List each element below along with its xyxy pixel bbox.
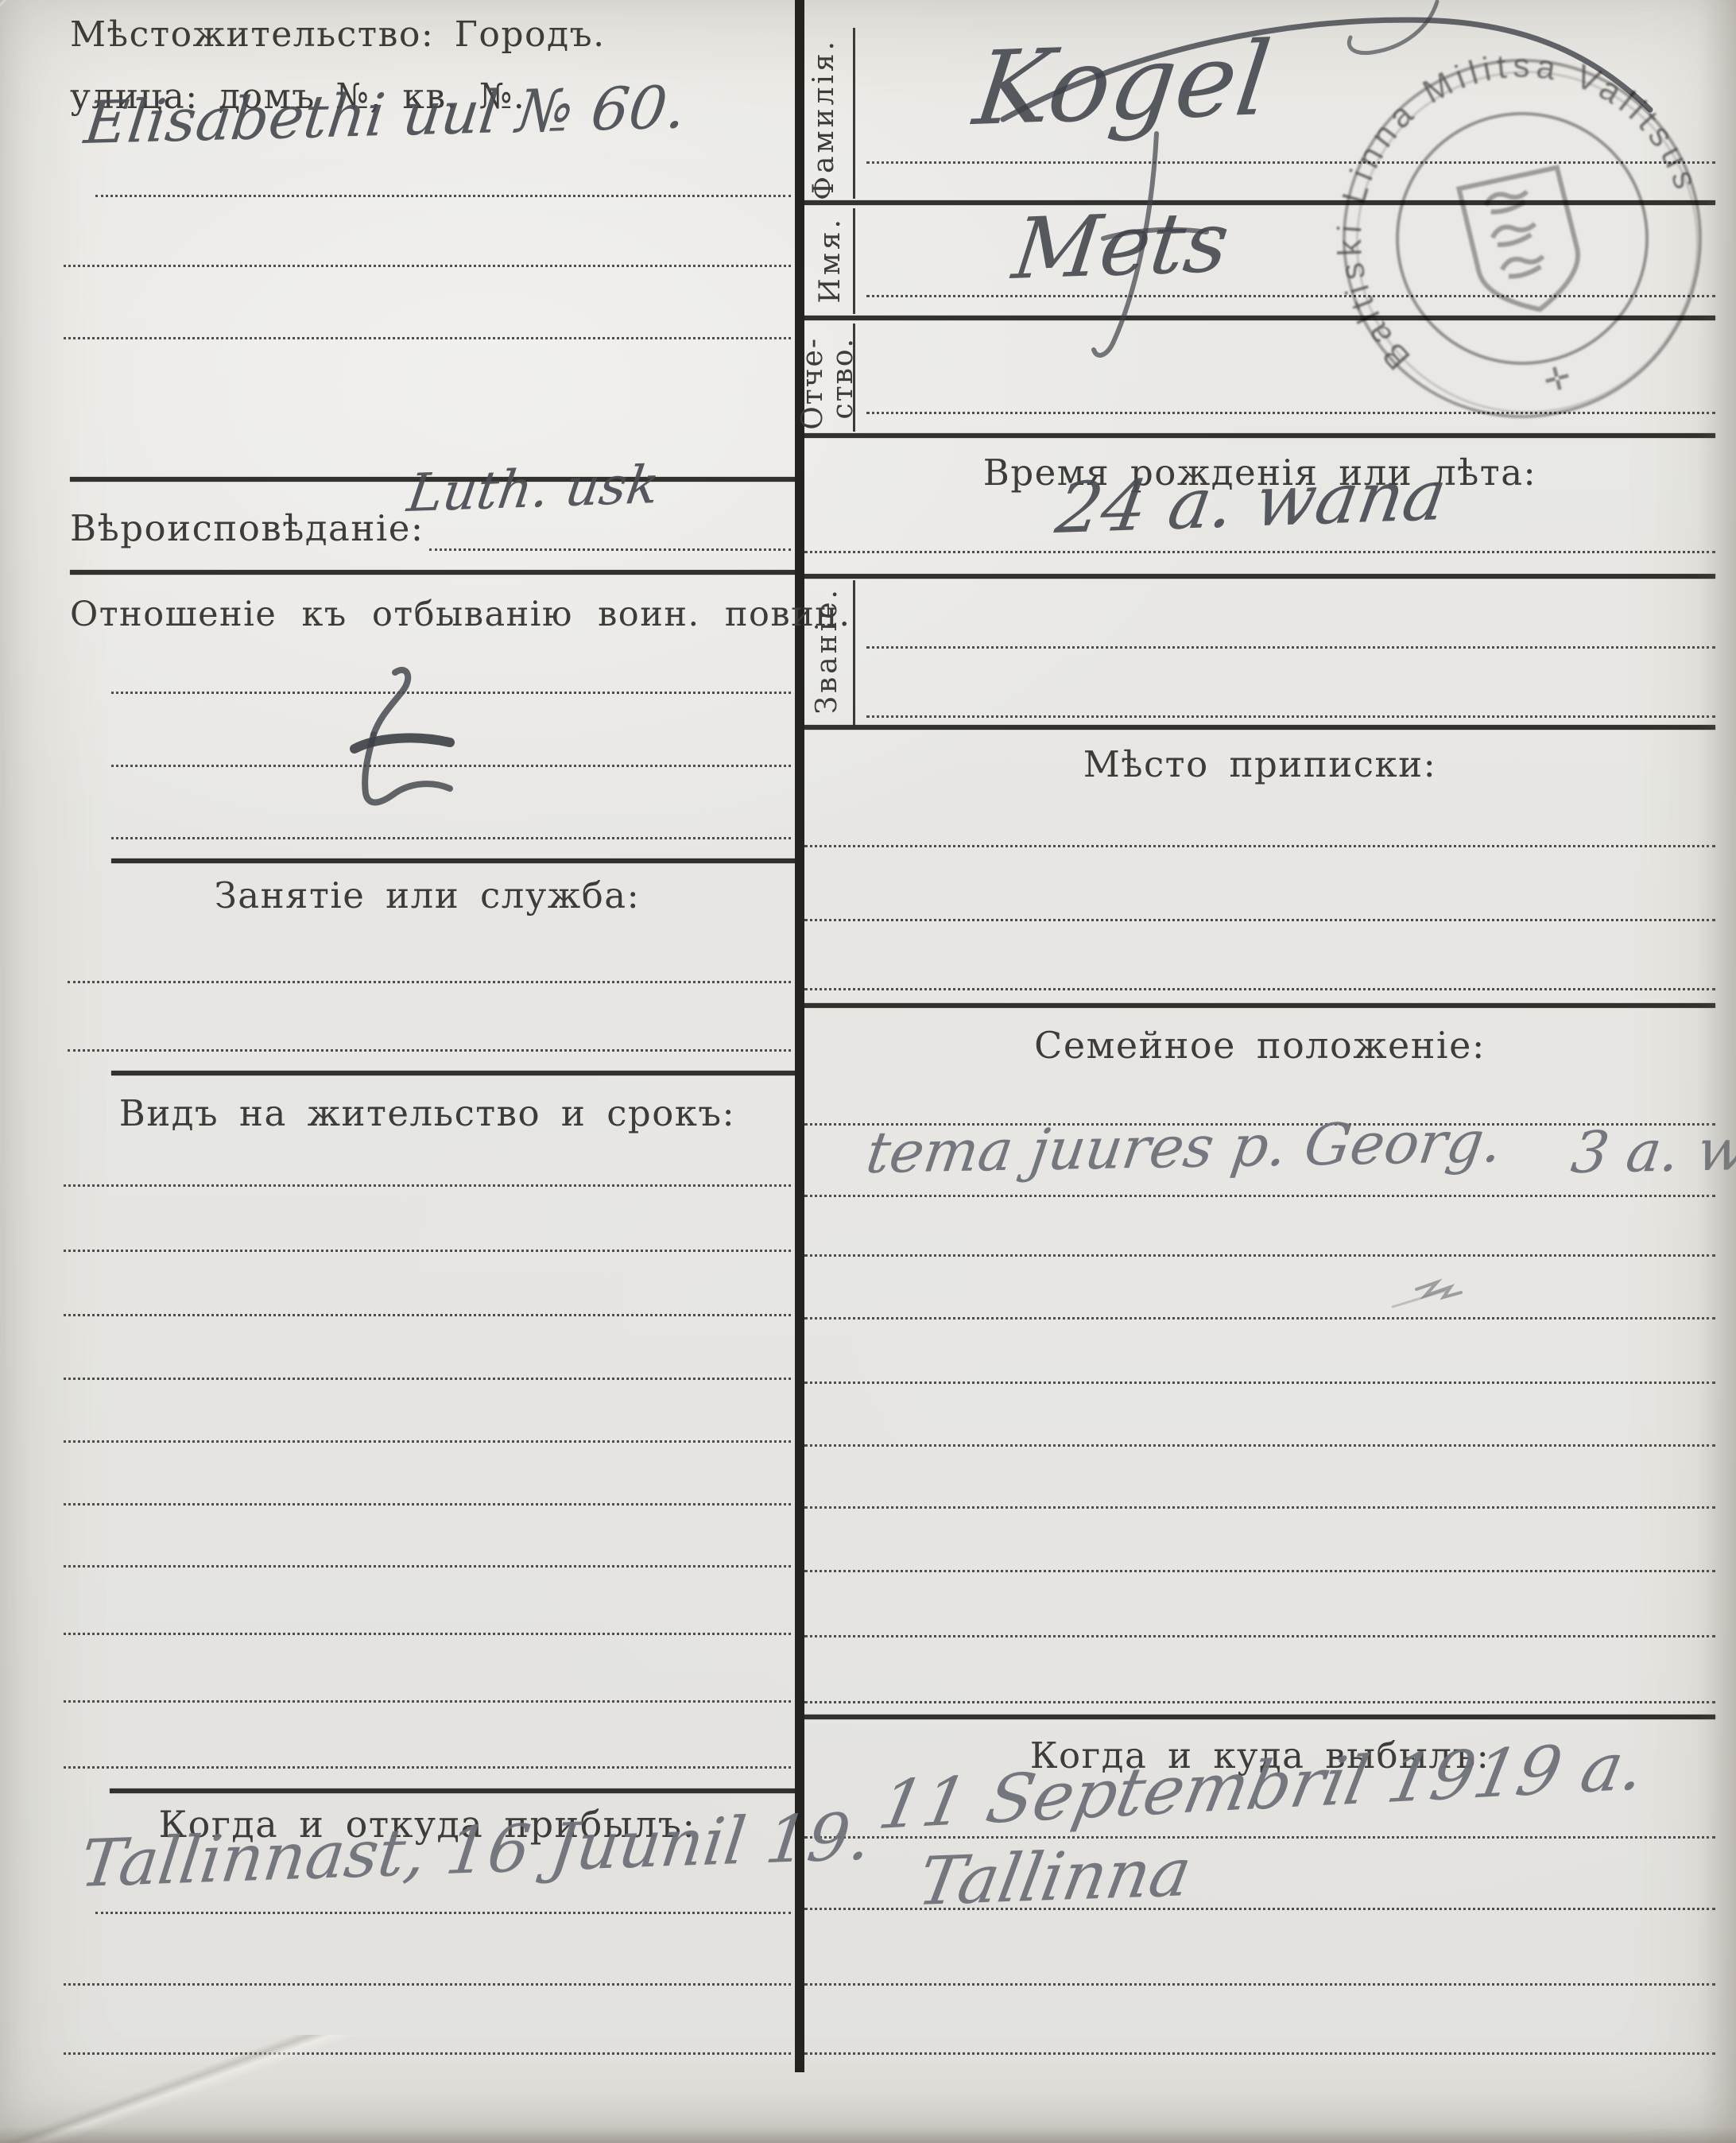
dotted-rule — [804, 1317, 1715, 1320]
residence-label: Мѣстожительство: Городъ. — [70, 14, 606, 55]
birth-entry: 24 a. wana — [1051, 454, 1452, 549]
first-name-label: Имя. — [814, 216, 847, 304]
dotted-rule — [64, 1565, 791, 1568]
solid-rule — [804, 200, 1715, 205]
solid-rule — [804, 316, 1715, 320]
residence-permit-label: Видъ на жительство и срокъ: — [60, 1092, 795, 1134]
dotted-rule — [111, 765, 791, 767]
military-service-mark — [355, 670, 450, 803]
surname-entry: Kogel — [968, 20, 1277, 149]
dotted-rule — [804, 919, 1715, 921]
dotted-rule — [64, 1378, 791, 1380]
dotted-rule — [111, 692, 791, 694]
dotted-rule — [804, 1701, 1715, 1703]
dotted-rule — [804, 1195, 1715, 1197]
dotted-rule — [866, 715, 1715, 718]
dotted-rule — [95, 1912, 791, 1914]
column-divider — [795, 0, 804, 2072]
dotted-rule — [804, 1444, 1715, 1447]
solid-rule — [111, 858, 795, 863]
solid-rule — [804, 1003, 1715, 1008]
dotted-rule — [64, 1633, 791, 1635]
dotted-rule — [804, 2052, 1715, 2055]
bottom-left-crease — [0, 2035, 366, 2143]
patronymic-label-line2: ство. — [827, 337, 859, 419]
dotted-rule — [64, 1314, 791, 1316]
stamp-ring-text: Baltiski Linna Militsa Valitsus — [1289, 6, 1733, 384]
dotted-rule — [866, 161, 1715, 164]
dotted-rule — [804, 1506, 1715, 1509]
right-edge-shadow — [1698, 0, 1736, 2143]
military-service-label: Отношеніе къ отбыванію воин. повин. — [70, 595, 851, 634]
dotted-rule — [804, 1254, 1715, 1257]
dotted-rule — [804, 1983, 1715, 1986]
dotted-rule — [866, 646, 1715, 649]
dotted-rule — [804, 1635, 1715, 1637]
label-divider — [853, 28, 855, 199]
dotted-rule — [68, 1049, 791, 1052]
dotted-rule — [804, 845, 1715, 847]
dotted-rule — [804, 551, 1715, 553]
dotted-rule — [64, 1440, 791, 1443]
dotted-rule — [64, 2052, 791, 2055]
label-divider — [853, 580, 855, 725]
dotted-rule — [68, 981, 791, 983]
stamp-inner-ring — [1371, 87, 1674, 390]
dotted-rule — [804, 1570, 1715, 1572]
dotted-rule — [64, 337, 791, 339]
departure-entry-line2: Tallinna — [913, 1833, 1197, 1920]
dotted-rule — [64, 1184, 791, 1187]
family-status-entry: tema juures p. Georg. — [862, 1108, 1506, 1186]
dotted-rule — [64, 265, 791, 267]
solid-rule — [804, 1715, 1715, 1719]
stamp-outer-ring-ghost — [1321, 36, 1734, 448]
dotted-rule — [64, 1503, 791, 1506]
dotted-rule — [429, 548, 791, 551]
rank-label: Званіе. — [811, 587, 843, 714]
religion-entry: Luth. usk — [404, 454, 663, 524]
dotted-rule — [64, 1250, 791, 1252]
dotted-rule — [866, 295, 1715, 297]
solid-rule — [804, 574, 1715, 579]
flourish-curl — [1349, 2, 1437, 53]
bottom-edge-shadow — [0, 2127, 1736, 2143]
stamp-cross-icon: ✛ — [1540, 358, 1575, 401]
solid-rule — [804, 433, 1715, 438]
solid-rule — [110, 1788, 795, 1793]
surname-label: Фамилія. — [808, 38, 840, 200]
occupation-label: Занятіе или служба: — [60, 874, 795, 916]
stamp-outer-ring — [1306, 22, 1736, 454]
registration-place-label: Мѣсто приписки: — [804, 743, 1715, 785]
solid-rule — [804, 725, 1715, 730]
dotted-rule — [64, 1983, 791, 1986]
solid-rule — [111, 1071, 795, 1075]
dotted-rule — [804, 1382, 1715, 1384]
dotted-rule — [64, 1700, 791, 1703]
family-status-entry-age: 3 a. wana — [1567, 1114, 1736, 1186]
three-lions-shield-icon — [1459, 165, 1590, 322]
dotted-rule — [111, 837, 791, 839]
pencil-smudge — [1393, 1282, 1461, 1307]
registration-card: Мѣстожительство: Городъ. улица: домъ №, … — [0, 0, 1736, 2143]
dotted-rule — [866, 412, 1715, 414]
first-name-entry: Mets — [1008, 193, 1234, 298]
religion-label: Вѣроисповѣданіе: — [70, 507, 424, 549]
solid-rule — [70, 570, 795, 575]
family-status-label: Семейное положеніе: — [804, 1024, 1715, 1067]
dotted-rule — [95, 195, 791, 197]
patronymic-label-line1: Отче- — [796, 337, 829, 430]
dotted-rule — [804, 988, 1715, 990]
label-divider — [853, 208, 855, 314]
dotted-rule — [64, 1766, 791, 1769]
